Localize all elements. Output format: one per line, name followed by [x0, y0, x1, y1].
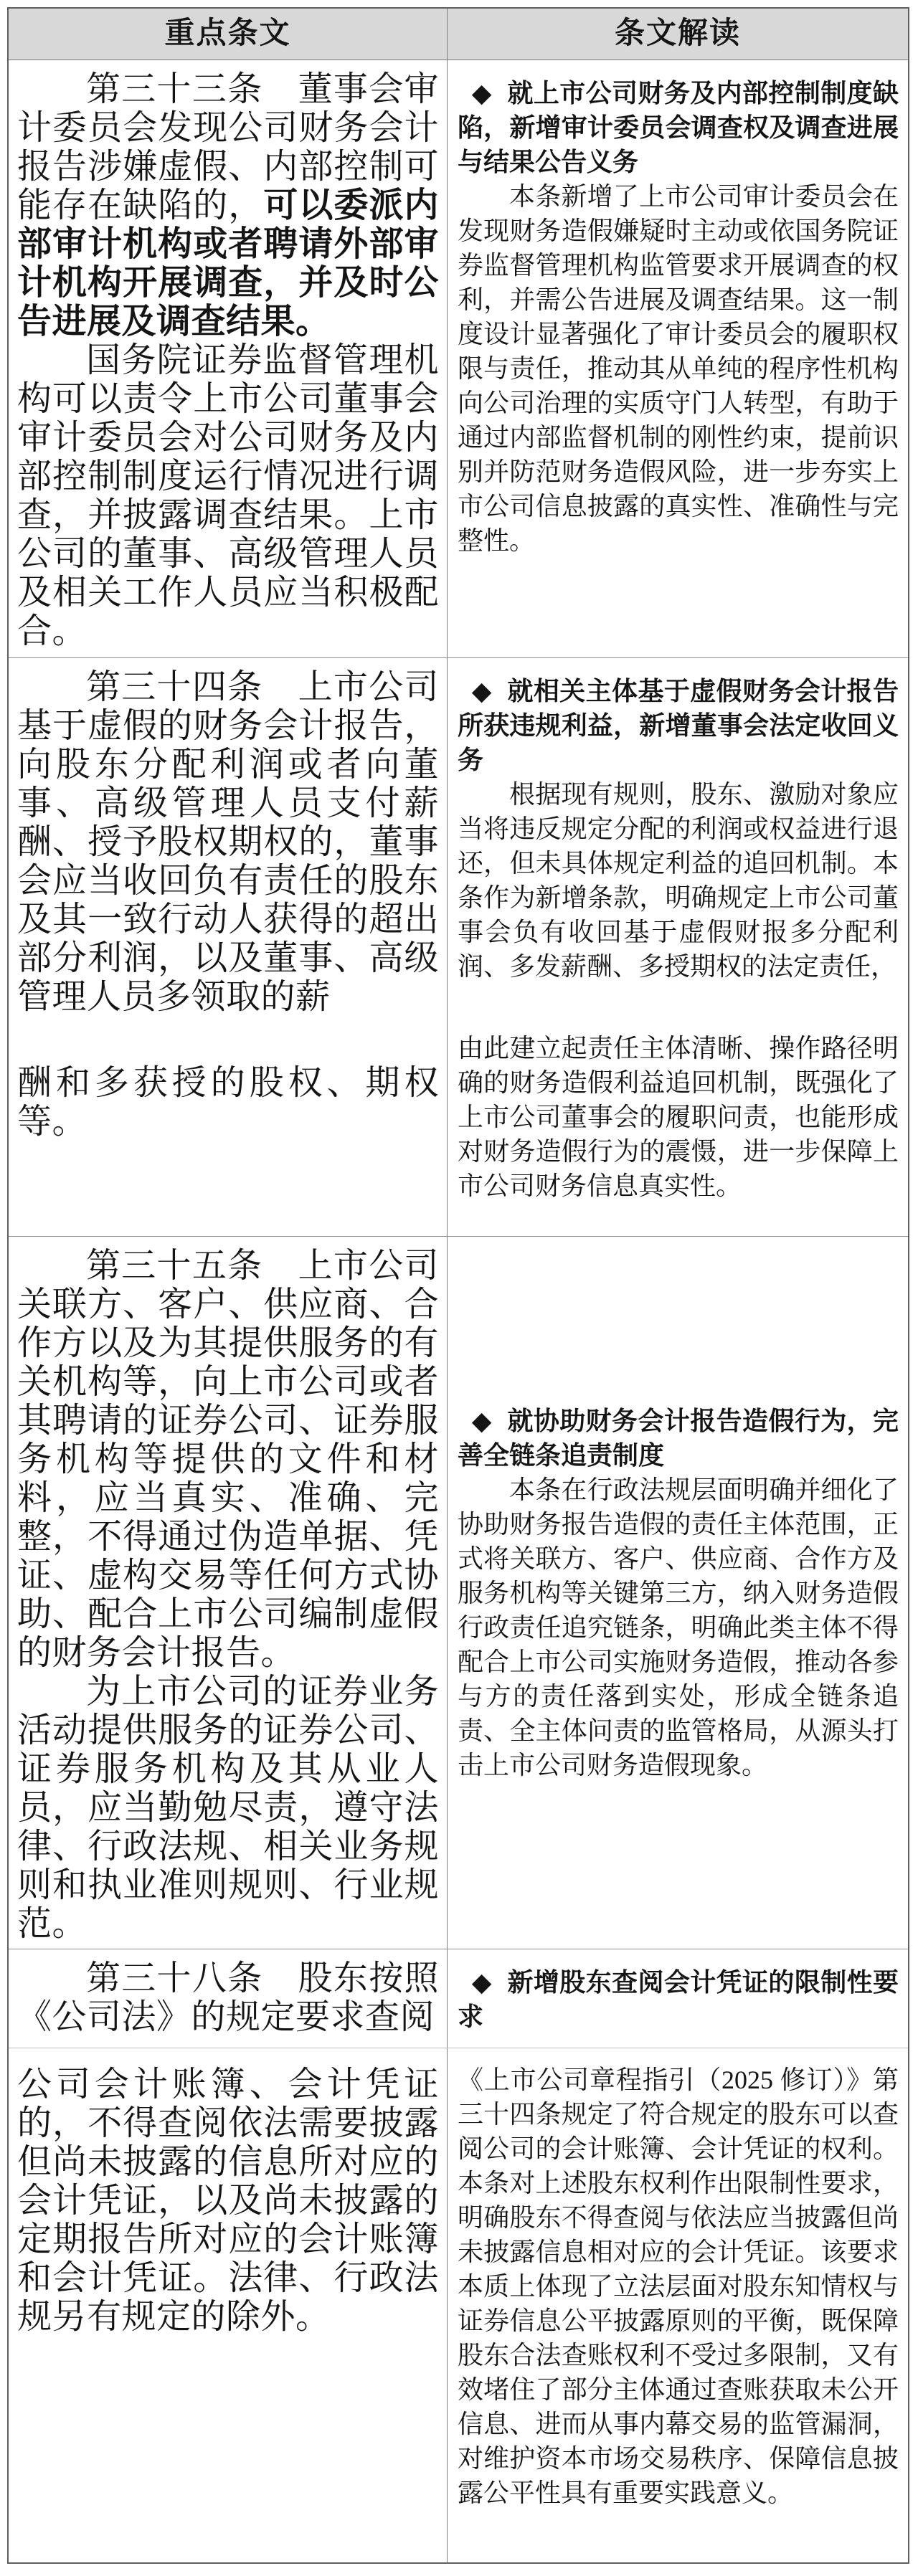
table-row-article-38: 第三十八条 股东按照《公司法》的规定要求查阅公司会计账簿、会计凭证的，不得查阅依…: [9, 1949, 908, 2562]
interpretation-paragraph: 根据现有规则，股东、激励对象应当将违反规定分配的利润或权益进行退还，但未具体规定…: [458, 777, 899, 984]
provision-paragraph: 国务院证券监督管理机构可以责令上市公司董事会审计委员会对公司财务及内部控制制度运…: [17, 341, 439, 651]
interpretation-cell: ◆新增股东查阅会计凭证的限制性要求《上市公司章程指引（2025 修订）》第三十四…: [448, 1949, 908, 2562]
interpretation-cell: ◆就上市公司财务及内部控制制度缺陷，新增审计委员会调查权及调查进展与结果公告义务…: [448, 60, 908, 657]
provision-paragraph: 酬和多获授的股权、期权等。: [17, 1064, 439, 1141]
provisions-table: 重点条文 条文解读 第三十三条 董事会审计委员会发现公司财务会计报告涉嫌虚假、内…: [7, 7, 909, 2564]
interpretation-heading: ◆就协助财务会计报告造假行为，完善全链条追责制度: [458, 1404, 899, 1473]
provision-paragraph: 第三十五条 上市公司关联方、客户、供应商、合作方以及为其提供服务的有关机构等，向…: [17, 1247, 439, 1673]
interpretation-heading: ◆新增股东查阅会计凭证的限制性要求: [458, 1965, 899, 2034]
interpretation-cell: ◆就协助财务会计报告造假行为，完善全链条追责制度本条在行政法规层面明确并细化了协…: [448, 1237, 908, 1949]
table-row-article-35: 第三十五条 上市公司关联方、客户、供应商、合作方以及为其提供服务的有关机构等，向…: [9, 1237, 908, 1949]
provision-paragraph: 公司会计账簿、会计凭证的，不得查阅依法需要披露但尚未披露的信息所对应的会计凭证，…: [17, 2066, 439, 2337]
interpretation-cell: ◆就相关主体基于虚假财务会计报告所获违规利益，新增董事会法定收回义务根据现有规则…: [448, 658, 908, 1236]
key-provision-cell: 第三十三条 董事会审计委员会发现公司财务会计报告涉嫌虚假、内部控制可能存在缺陷的…: [9, 60, 448, 657]
interpretation-heading: ◆就相关主体基于虚假财务会计报告所获违规利益，新增董事会法定收回义务: [458, 674, 899, 777]
text-run: 第三十八条 股东按照《公司法》的规定要求查阅: [17, 1959, 439, 2036]
interpretation-paragraph: 本条新增了上市公司审计委员会在发现财务造假嫌疑时主动或依国务院证券监督管理机构监…: [458, 179, 899, 558]
interpretation-paragraph: 本条在行政法规层面明确并细化了协助财务报告造假的责任主体范围，正式将关联方、客户…: [458, 1473, 899, 1782]
text-run: 为上市公司的证券业务活动提供服务的证券公司、证券服务机构及其从业人员，应当勤勉尽…: [17, 1673, 439, 1943]
provision-paragraph: 为上市公司的证券业务活动提供服务的证券公司、证券服务机构及其从业人员，应当勤勉尽…: [17, 1673, 439, 1944]
text-run: 第三十五条 上市公司关联方、客户、供应商、合作方以及为其提供服务的有关机构等，向…: [17, 1247, 439, 1672]
table-header-row: 重点条文 条文解读: [9, 9, 908, 60]
page-break-line: [9, 2048, 908, 2048]
diamond-bullet-icon: ◆: [472, 79, 492, 108]
interpretation-paragraph: 由此建立起责任主体清晰、操作路径明确的财务造假利益追回机制，既强化了上市公司董事…: [458, 1031, 899, 1203]
table-row-article-34: 第三十四条 上市公司基于虚假的财务会计报告，向股东分配利润或者向董事、高级管理人…: [9, 658, 908, 1237]
key-provision-cell: 第三十五条 上市公司关联方、客户、供应商、合作方以及为其提供服务的有关机构等，向…: [9, 1237, 448, 1949]
table-row-article-33: 第三十三条 董事会审计委员会发现公司财务会计报告涉嫌虚假、内部控制可能存在缺陷的…: [9, 60, 908, 658]
diamond-bullet-icon: ◆: [472, 1407, 492, 1435]
interpretation-heading: ◆就上市公司财务及内部控制制度缺陷，新增审计委员会调查权及调查进展与结果公告义务: [458, 76, 899, 179]
text-run: 第三十四条 上市公司基于虚假的财务会计报告，向股东分配利润或者向董事、高级管理人…: [17, 668, 439, 1016]
column-header-key-provisions: 重点条文: [9, 9, 448, 60]
provision-paragraph: 第三十三条 董事会审计委员会发现公司财务会计报告涉嫌虚假、内部控制可能存在缺陷的…: [17, 70, 439, 341]
diamond-bullet-icon: ◆: [472, 677, 492, 705]
text-run: 酬和多获授的股权、期权等。: [17, 1064, 439, 1141]
provision-paragraph: 第三十八条 股东按照《公司法》的规定要求查阅: [17, 1959, 439, 2037]
provision-paragraph: 第三十四条 上市公司基于虚假的财务会计报告，向股东分配利润或者向董事、高级管理人…: [17, 668, 439, 1017]
table-body: 第三十三条 董事会审计委员会发现公司财务会计报告涉嫌虚假、内部控制可能存在缺陷的…: [9, 60, 908, 2562]
document-page: { "colors": { "page_background": "#fffff…: [0, 0, 918, 2576]
interpretation-paragraph: 《上市公司章程指引（2025 修订）》第三十四条规定了符合规定的股东可以查阅公司…: [458, 2063, 899, 2510]
text-run: 国务院证券监督管理机构可以责令上市公司董事会审计委员会对公司财务及内部控制制度运…: [17, 341, 439, 650]
key-provision-cell: 第三十八条 股东按照《公司法》的规定要求查阅公司会计账簿、会计凭证的，不得查阅依…: [9, 1949, 448, 2562]
column-header-interpretation: 条文解读: [448, 9, 908, 60]
diamond-bullet-icon: ◆: [472, 1968, 492, 1997]
text-run: 公司会计账簿、会计凭证的，不得查阅依法需要披露但尚未披露的信息所对应的会计凭证，…: [17, 2066, 439, 2336]
key-provision-cell: 第三十四条 上市公司基于虚假的财务会计报告，向股东分配利润或者向董事、高级管理人…: [9, 658, 448, 1236]
